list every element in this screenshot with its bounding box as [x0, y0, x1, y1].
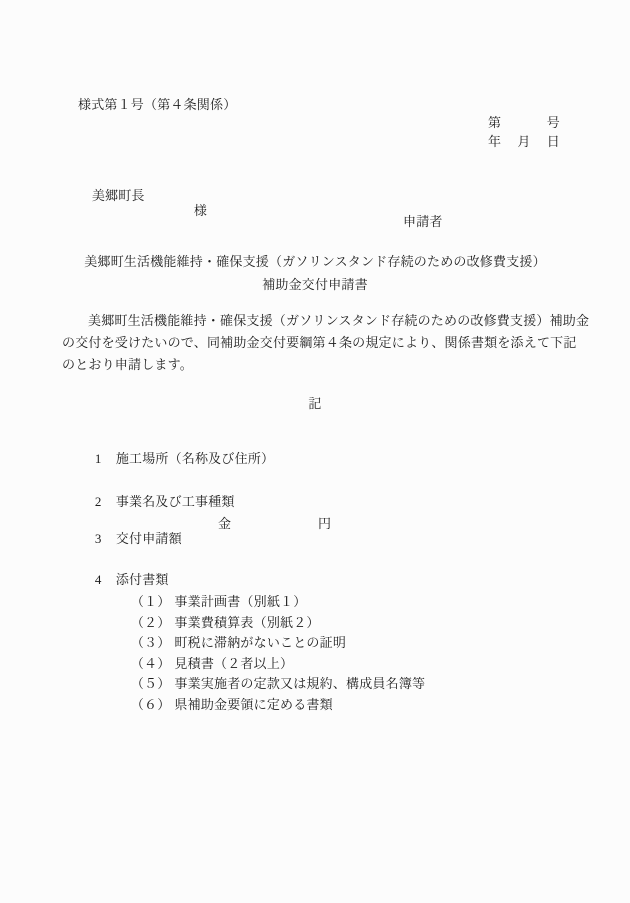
attachment-item-prefectural-guidelines: （６）県補助金要領に定める書類: [117, 682, 333, 727]
addressee-name: 美郷町長: [92, 188, 145, 203]
item-number: 2: [95, 494, 116, 509]
body-paragraph-line3: のとおり申請します。: [62, 357, 193, 372]
document-number-line: 第 号: [488, 115, 560, 130]
date-day-label: 日: [547, 134, 560, 149]
date-year-label: 年: [488, 134, 501, 149]
item-label: 施工場所（名称及び住所）: [116, 451, 274, 466]
item-label: 交付申請額: [116, 531, 182, 546]
applicant-label: 申請者: [403, 214, 443, 229]
body-paragraph-line2: の交付を受けたいので、同補助金交付要綱第４条の規定により、関係書類を添えて下記: [62, 335, 577, 350]
date-line: 年 月 日: [488, 134, 560, 149]
document-page: 様式第１号（第４条関係） 第 号 年 月 日 美郷町長 様 申請者 美郷町生活機…: [0, 0, 630, 903]
item-number: 4: [95, 572, 116, 587]
body-paragraph-line1: 美郷町生活機能維持・確保支援（ガソリンスタンド存続のための改修費支援）補助金: [88, 313, 589, 328]
amount-prefix: 金: [218, 516, 231, 531]
addressee-line: 美郷町長 様: [78, 173, 207, 233]
item-number: 1: [95, 451, 116, 466]
item-label: 事業名及び工事種類: [116, 494, 235, 509]
document-title-line1: 美郷町生活機能維持・確保支援（ガソリンスタンド存続のための改修費支援）: [0, 254, 630, 269]
ki-marker: 記: [0, 396, 630, 411]
item-construction-site: 1施工場所（名称及び住所）: [81, 436, 274, 481]
document-title-line2: 補助金交付申請書: [0, 277, 630, 292]
date-month-label: 月: [517, 134, 530, 149]
document-number-prefix: 第: [488, 115, 501, 130]
document-number-suffix: 号: [547, 115, 560, 130]
sub-item-label: 県補助金要領に定める書類: [174, 697, 332, 712]
amount-suffix: 円: [318, 516, 331, 531]
item-number: 3: [95, 531, 116, 546]
form-number: 様式第１号（第４条関係）: [78, 97, 236, 112]
addressee-honorific: 様: [194, 203, 207, 218]
sub-item-number: （６）: [131, 697, 171, 712]
